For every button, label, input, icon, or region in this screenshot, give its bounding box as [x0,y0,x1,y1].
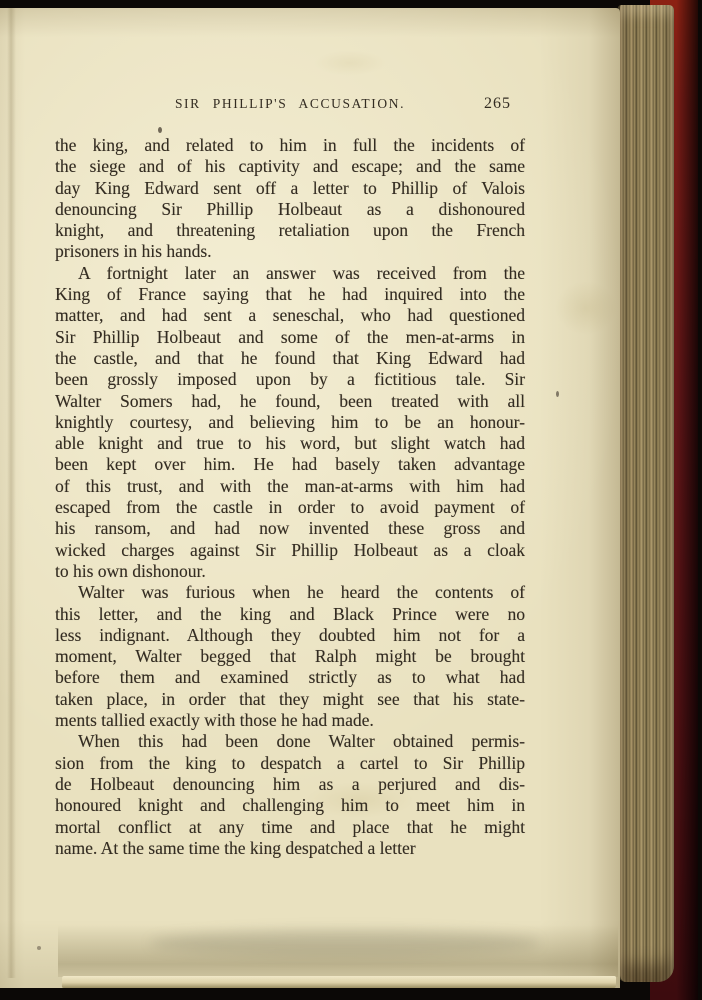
text-line: moment, Walter begged that Ralph might b… [55,646,525,667]
bottom-page-edge [62,976,616,988]
running-header: SIR PHILLIP'S ACCUSATION. 265 [55,96,525,118]
ink-speck [158,127,162,133]
text-line: the king, and related to him in full the… [55,135,525,156]
text-line: his ransom, and had now invented these g… [55,518,525,539]
page-text: the king, and related to him in full the… [55,135,525,859]
page-number: 265 [484,95,511,113]
text-line: de Holbeaut denouncing him as a perjured… [55,774,525,795]
page-crease [7,8,16,978]
text-line: been grossly imposed upon by a fictitiou… [55,369,525,390]
text-line: been kept over him. He had basely taken … [55,454,525,475]
text-line: mortal conflict at any time and place th… [55,817,525,838]
book-page: SIR PHILLIP'S ACCUSATION. 265 the king, … [0,8,620,988]
text-line: ments tallied exactly with those he had … [55,710,525,731]
ink-speck [556,391,559,397]
text-line: of this trust, and with the man-at-arms … [55,476,525,497]
text-line: A fortnight later an answer was received… [55,263,525,284]
paragraph: the king, and related to him in full the… [55,135,525,263]
text-line: to his own dishonour. [55,561,525,582]
text-line: day King Edward sent off a letter to Phi… [55,178,525,199]
paragraph: Walter was furious when he heard the con… [55,582,525,731]
page-curl-shadow [58,925,618,977]
text-line: honoured knight and challenging him to m… [55,795,525,816]
text-line: before them and examined strictly as to … [55,667,525,688]
text-line: knight, and threatening retaliation upon… [55,220,525,241]
text-line: knightly courtesy, and believing him to … [55,412,525,433]
text-line: When this had been done Walter obtained … [55,731,525,752]
text-line: Walter Somers had, he found, been treate… [55,391,525,412]
paragraph: When this had been done Walter obtained … [55,731,525,859]
page-edge-stack [618,5,674,982]
text-line: sion from the king to despatch a cartel … [55,753,525,774]
text-line: the siege and of his captivity and escap… [55,156,525,177]
running-title: SIR PHILLIP'S ACCUSATION. [55,96,525,112]
text-line: denouncing Sir Phillip Holbeaut as a dis… [55,199,525,220]
text-line: Walter was furious when he heard the con… [55,582,525,603]
paragraph: A fortnight later an answer was received… [55,263,525,582]
ink-speck [37,946,41,950]
text-line: Sir Phillip Holbeaut and some of the men… [55,327,525,348]
text-line: King of France saying that he had inquir… [55,284,525,305]
text-line: name. At the same time the king despatch… [55,838,525,859]
book-photo: SIR PHILLIP'S ACCUSATION. 265 the king, … [0,0,702,1000]
text-line: matter, and had sent a seneschal, who ha… [55,305,525,326]
text-line: able knight and true to his word, but sl… [55,433,525,454]
text-line: wicked charges against Sir Phillip Holbe… [55,540,525,561]
text-line: less indignant. Although they doubted hi… [55,625,525,646]
text-line: this letter, and the king and Black Prin… [55,604,525,625]
text-line: escaped from the castle in order to avoi… [55,497,525,518]
text-line: prisoners in his hands. [55,241,525,262]
text-line: taken place, in order that they might se… [55,689,525,710]
text-line: the castle, and that he found that King … [55,348,525,369]
